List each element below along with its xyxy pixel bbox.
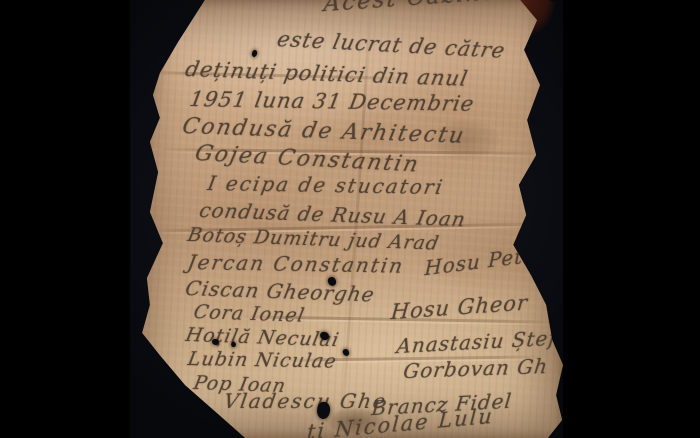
paper-hole [315,401,331,420]
torn-paper-note: Acest Cazinoueste lucrat de cătredeținuț… [130,0,563,438]
paper-hole [212,339,219,345]
paper-hole [342,348,350,357]
letterbox-left [0,0,130,438]
paper-holes-layer [130,0,563,438]
photograph: Acest Cazinoueste lucrat de cătredeținuț… [130,0,563,438]
letterbox-right [563,0,700,438]
paper-hole [319,331,329,340]
photo-frame: Acest Cazinoueste lucrat de cătredeținuț… [0,0,700,438]
paper-hole [230,341,237,348]
paper-hole [251,49,258,57]
paper-hole [327,276,337,287]
